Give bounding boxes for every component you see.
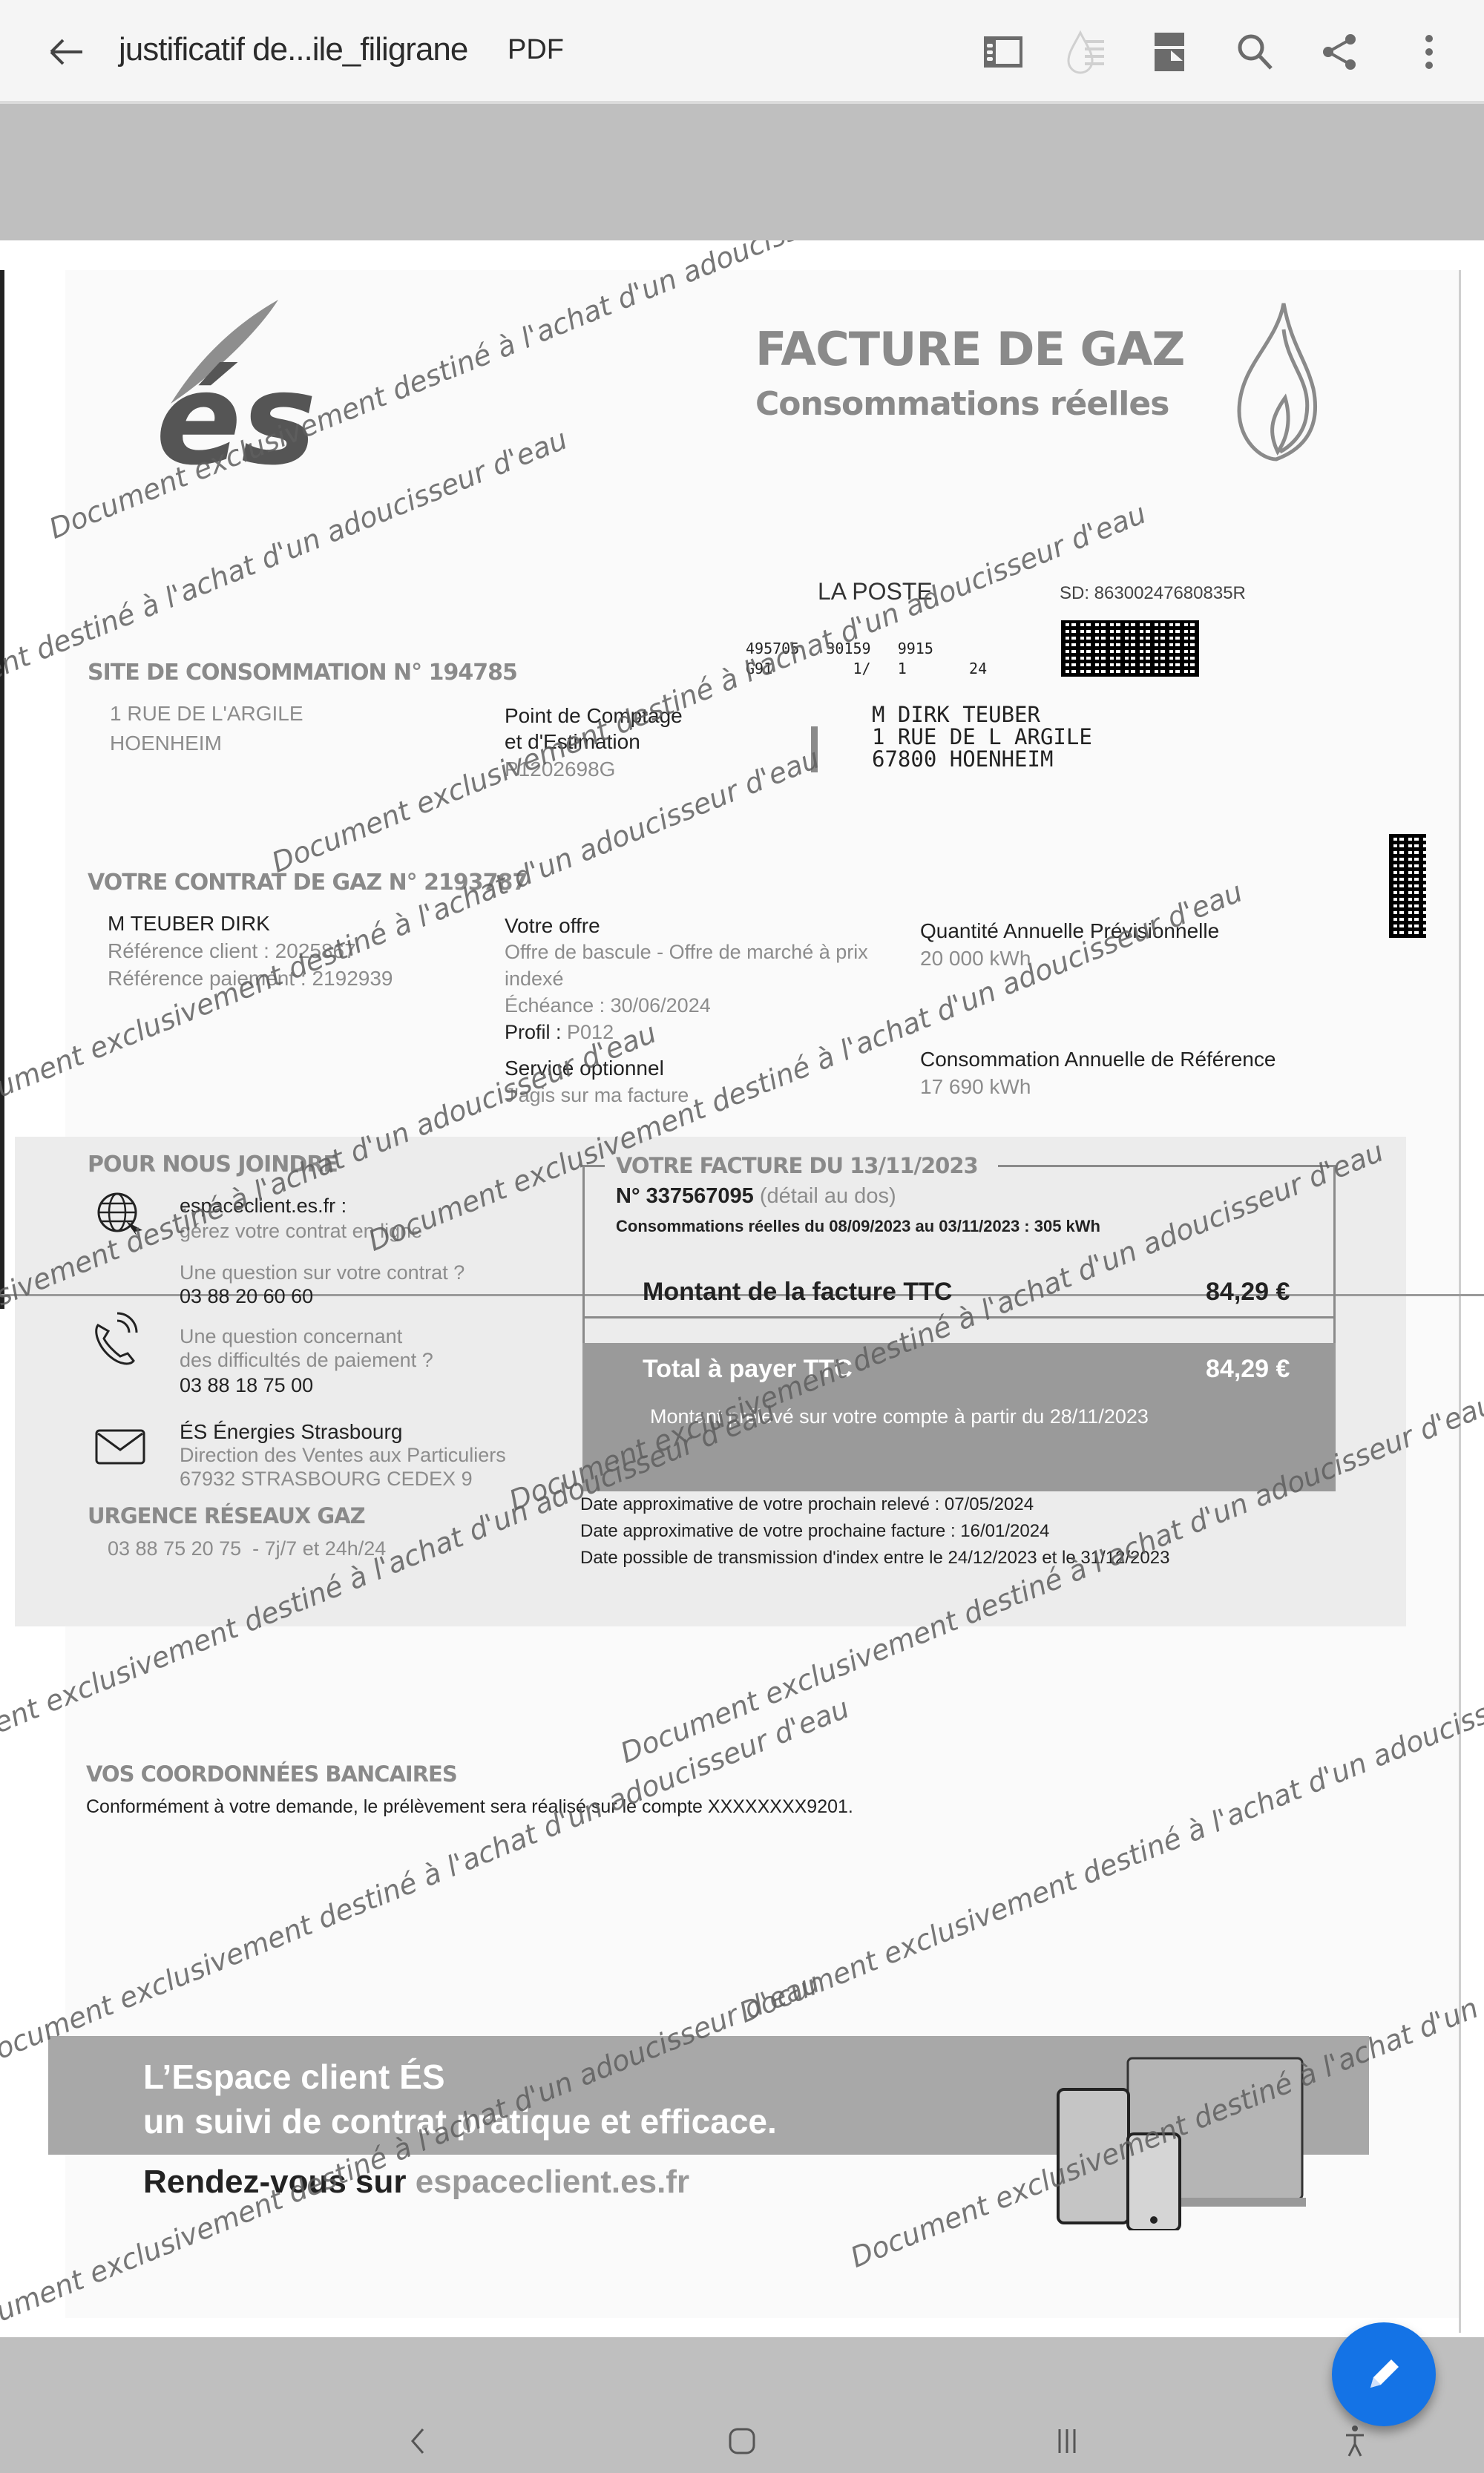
web-title: espaceclient.es.fr : [180,1195,347,1218]
profile: Profil : P012 [505,1021,614,1044]
liquid-mode-icon [1064,30,1109,74]
contact-heading: POUR NOUS JOINDRE [88,1152,338,1178]
mail-line2: 67932 STRASBOURG CEDEX 9 [180,1468,473,1491]
document-title: justificatif de...ile_filigrane [119,31,467,68]
devices-illustration [1054,2052,1306,2230]
debit-note: Montant prélevé sur votre compte à parti… [650,1405,1149,1428]
contract-phone: 03 88 20 60 60 [180,1285,313,1308]
sidebar-panel-icon [982,35,1024,69]
offer-label: Votre offre [505,914,600,938]
payment-phone: 03 88 18 75 00 [180,1374,313,1397]
emergency-heading: URGENCE RÉSEAUX GAZ [88,1503,365,1528]
mail-title: ÉS Énergies Strasbourg [180,1420,402,1444]
offer-line1: Offre de bascule - Offre de marché à pri… [505,941,868,964]
liquid-mode-button[interactable] [1063,28,1110,76]
recipient-city: 67800 HOENHEIM [872,746,1053,772]
contract-holder: M TEUBER DIRK [108,912,270,936]
carrier-label: LA POSTE [818,578,933,605]
amount-label: Montant de la facture TTC [643,1278,952,1307]
page-layout-icon [1153,31,1186,73]
back-arrow-icon [48,37,85,67]
pdf-page[interactable]: és FACTURE DE GAZ Consommations réelles … [0,240,1484,2337]
side-datamatrix [1389,834,1426,938]
edit-pencil-icon [1362,2352,1406,2397]
emergency-phone: 03 88 75 20 75 - 7j/7 et 24h/24 [108,1537,386,1560]
share-button[interactable] [1316,28,1364,76]
promo-cta: Rendez-vous sur espaceclient.es.fr [143,2164,689,2201]
next-reading-date: Date approximative de votre prochain rel… [580,1494,1034,1515]
total-value: 84,29 € [1206,1355,1290,1384]
client-reference: Référence client : 2025867 [108,939,356,963]
postal-datamatrix [1061,620,1199,677]
more-options-button[interactable] [1405,28,1453,76]
bill-heading: VOTRE FACTURE DU 13/11/2023 [616,1153,978,1178]
payment-question-line1: Une question concernant [180,1325,402,1348]
offer-line2: indexé [505,968,564,991]
gas-flame-icon [1217,300,1336,463]
sidebar-panel-button[interactable] [979,28,1027,76]
pce-value: P1202698G [505,758,615,781]
invoice-subtitle: Consommations réelles [755,385,1169,423]
scan-edge [1459,270,1461,2333]
index-window: Date possible de transmission d'index en… [580,1548,1169,1569]
amount-value: 84,29 € [1206,1278,1290,1307]
payment-reference: Référence paiement : 2192939 [108,967,393,991]
car-value: 17 690 kWh [920,1075,1031,1099]
promo-line2: un suivi de contrat pratique et efficace… [143,2101,777,2141]
file-type-label: PDF [508,34,564,66]
recipient-name: M DIRK TEUBER [872,702,1040,727]
edit-fab-button[interactable] [1332,2322,1436,2426]
nav-home-icon [727,2426,757,2456]
qap-value: 20 000 kWh [920,947,1031,971]
bank-heading: VOS COORDONNÉES BANCAIRES [86,1761,457,1787]
car-label: Consommation Annuelle de Référence [920,1048,1275,1071]
back-button[interactable] [45,30,89,74]
pdf-viewer-app: justificatif de...ile_filigrane PDF és [0,0,1484,2473]
contract-question: Une question sur votre contrat ? [180,1261,464,1284]
search-button[interactable] [1232,28,1279,76]
page-layout-button[interactable] [1146,28,1193,76]
phone-icon [88,1309,147,1368]
promo-cta-link: espaceclient.es.fr [416,2164,689,2200]
site-address-line1: 1 RUE DE L'ARGILE [110,702,303,726]
bill-number: N° 337567095 [616,1184,754,1208]
service-label: Service optionnel [505,1057,664,1080]
payment-question-line2: des difficultés de paiement ? [180,1349,433,1372]
site-heading: SITE DE CONSOMMATION N° 194785 [88,660,517,686]
promo-cta-prefix: Rendez-vous sur [143,2164,416,2200]
bill-detail-note: (détail au dos) [760,1184,896,1208]
consumption-period: Consommations réelles du 08/09/2023 au 0… [616,1217,1100,1236]
mail-line1: Direction des Ventes aux Particuliers [180,1444,506,1467]
pce-label-line1: Point de Comptage [505,704,683,728]
profile-value: P012 [567,1021,614,1043]
nav-recents-button[interactable] [1037,2419,1097,2463]
sd-code: SD: 86300247680835R [1060,583,1246,604]
total-label: Total à payer TTC [643,1355,853,1384]
accessibility-icon [1344,2425,1366,2457]
invoice-title: FACTURE DE GAZ [755,322,1184,376]
system-nav-bar [0,2337,1484,2473]
qap-label: Quantité Annuelle Prévisionnelle [920,919,1219,943]
profile-label: Profil : [505,1021,567,1043]
mail-icon [95,1429,145,1465]
contract-heading: VOTRE CONTRAT DE GAZ N° 2193787 [88,870,527,896]
amount-divider [582,1316,1336,1318]
sort-code-line1: 495705 30159 9915 [746,640,933,657]
bill-number-line: N° 337567095 (détail au dos) [616,1184,896,1209]
nav-back-button[interactable] [387,2419,447,2463]
service-value: J'agis sur ma facture [505,1084,689,1107]
more-vert-icon [1422,33,1437,70]
nav-back-icon [408,2426,426,2456]
promo-line1: L’Espace client ÉS [143,2057,445,2097]
nav-home-button[interactable] [712,2419,772,2463]
search-icon [1236,33,1275,71]
bank-text: Conformément à votre demande, le prélève… [86,1796,853,1818]
address-bar-mark [811,726,818,772]
svg-text:és: és [156,347,316,470]
sort-code-line2: G91 1/ 1 24 [746,660,987,677]
site-address-line2: HOENHEIM [110,732,222,755]
nav-recents-icon [1056,2426,1078,2456]
globe-icon [96,1192,144,1239]
next-invoice-date: Date approximative de votre prochaine fa… [580,1521,1049,1542]
pce-label-line2: et d'Estimation [505,730,640,754]
scan-edge [0,270,4,1309]
es-logo: és [141,292,334,470]
app-bar: justificatif de...ile_filigrane PDF [0,0,1484,104]
share-icon [1321,33,1359,71]
offer-due-date: Échéance : 30/06/2024 [505,994,711,1017]
recipient-street: 1 RUE DE L ARGILE [872,724,1092,749]
web-subtitle: gérez votre contrat en ligne [180,1220,422,1243]
viewer-background [0,107,1484,240]
